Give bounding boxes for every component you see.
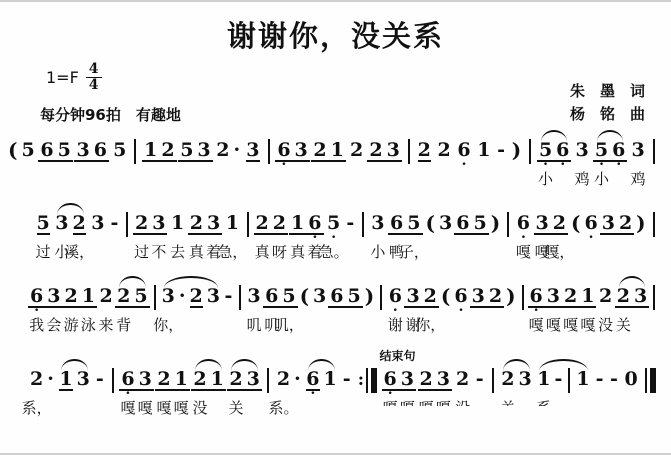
note: 2真 — [256, 212, 269, 235]
note-digit: 3 — [207, 212, 220, 235]
lyric: 嘎 — [174, 397, 189, 418]
note-digit: 2 — [135, 212, 148, 235]
note: 1 — [477, 139, 490, 162]
composer-credit: 杨 铭 曲 — [570, 103, 645, 126]
note-digit: · — [294, 368, 301, 391]
note: 2过 — [135, 212, 148, 235]
note: 5 — [21, 139, 34, 162]
note-digit: - — [111, 212, 119, 235]
note: 6•嘎 — [530, 285, 543, 308]
note: 3 — [207, 285, 220, 308]
lyric: 去 — [170, 241, 185, 262]
note-digit: 2 — [277, 368, 290, 391]
note: 2 — [619, 212, 632, 235]
lyric: 嘎 — [516, 241, 531, 262]
slur-group: 1系-1 — [535, 368, 591, 391]
lyric: 嘎 — [400, 397, 415, 406]
lyric: 嘎 — [436, 397, 451, 406]
note-digit: ) — [636, 212, 645, 235]
note: 3嘎 — [536, 212, 549, 235]
note-digit: 1 — [59, 368, 72, 391]
note-digit: 5 — [37, 212, 50, 235]
note-digit: 3 — [295, 139, 308, 162]
note-digit: 5 — [58, 139, 71, 162]
note: 3不 — [152, 212, 165, 235]
note-digit: ) — [491, 212, 500, 235]
note-digit: 6 — [456, 212, 469, 235]
note-digit: 2 — [456, 368, 469, 391]
lyric: 嘎 — [546, 314, 561, 335]
beam-group: 3谢2你， — [404, 285, 438, 308]
slur-group: 2关3 — [615, 285, 649, 308]
note: 1 — [211, 368, 224, 391]
note: 6• — [612, 139, 625, 162]
beam-group: 32 — [600, 212, 634, 235]
note: 1泳 — [82, 285, 95, 308]
octave-dot: • — [616, 161, 621, 169]
beam-group: 6叽5叽， — [263, 285, 297, 308]
note-digit: 2 — [216, 139, 229, 162]
note: 1 — [576, 368, 589, 391]
note: 2溪， — [73, 212, 86, 235]
note-digit: 3 — [152, 212, 165, 235]
note-digit: 2 — [30, 368, 43, 391]
note-digit: 2 — [350, 139, 363, 162]
note-digit: 5 — [407, 212, 420, 235]
note-digit: 3 — [207, 285, 220, 308]
lyric: 来 — [99, 314, 114, 335]
note-digit: 1 — [331, 139, 344, 162]
note: 3谢 — [406, 285, 419, 308]
note: · — [179, 285, 186, 308]
note: 3小 — [55, 212, 68, 235]
note: 3 — [439, 212, 452, 235]
beam-group: 2游1泳 — [62, 285, 96, 308]
note: 3小 — [371, 212, 384, 235]
note: 6•着 — [308, 212, 321, 235]
lyric: 嘎， — [544, 241, 574, 262]
note-digit: ) — [365, 285, 374, 308]
barline — [408, 139, 410, 164]
beam-group: 65 — [38, 139, 72, 162]
note-digit: 1 — [576, 368, 589, 391]
note-digit: 2 — [273, 212, 286, 235]
note: 2 — [190, 285, 203, 308]
song-title: 谢谢你，没关系 — [0, 14, 671, 55]
beam-group: 2真2呀 — [254, 212, 288, 235]
beam-group: 2嘎3嘎 — [418, 368, 452, 391]
note: 2嘎 — [564, 285, 577, 308]
lyric: 嘎 — [383, 397, 398, 406]
note-digit: 6 — [40, 139, 53, 162]
beam-group: 12 — [142, 139, 176, 162]
note-digit: 3 — [518, 368, 531, 391]
lyric: 真 — [290, 241, 305, 262]
lyric: 小 — [538, 168, 553, 189]
beam-group: 6•我3会 — [28, 285, 62, 308]
barline — [126, 212, 128, 237]
lyric: 嘎 — [120, 397, 135, 418]
note-digit: 3 — [632, 139, 645, 162]
lyric: 嘎 — [563, 314, 578, 335]
barline — [239, 285, 241, 310]
note: 6•谢 — [389, 285, 402, 308]
note-digit: · — [234, 139, 241, 162]
lyric: 真 — [189, 241, 204, 262]
octave-dot: • — [560, 161, 565, 169]
note: 1 — [59, 368, 72, 391]
note: 3 — [634, 285, 647, 308]
barline — [653, 139, 655, 164]
note: 5子， — [407, 212, 420, 235]
note-digit: 6 — [454, 285, 467, 308]
note-digit: ( — [300, 285, 309, 308]
note-digit: 3 — [602, 212, 615, 235]
note-digit: 2 — [117, 285, 130, 308]
note-digit: 5 — [348, 285, 361, 308]
note-digit: - — [476, 368, 484, 391]
note-digit: 6 — [121, 368, 134, 391]
note: ( — [571, 212, 580, 235]
note: ( — [426, 212, 435, 235]
note-digit: 3 — [247, 285, 260, 308]
note: 2 — [438, 139, 451, 162]
lyric: 子， — [399, 241, 429, 262]
note-digit: 1 — [171, 212, 184, 235]
note: - — [476, 368, 484, 391]
lyric: 嘎 — [529, 314, 544, 335]
lyric: 不 — [151, 241, 166, 262]
note: 2 — [369, 139, 382, 162]
beam-group: 2真3着 — [188, 212, 222, 235]
beam-group: 3嘎2嘎， — [534, 212, 568, 235]
note: 6•嘎 — [384, 368, 397, 391]
note: 1去 — [171, 212, 184, 235]
note-digit: 1 — [324, 368, 337, 391]
note: 1嘎 — [581, 285, 594, 308]
barline-thin — [366, 368, 368, 393]
note-digit: 3 — [536, 212, 549, 235]
barline — [267, 368, 269, 393]
lyric: 过 — [36, 241, 51, 262]
note-digit: 3 — [401, 368, 414, 391]
note-digit: 2 — [599, 285, 612, 308]
note: 6• — [306, 368, 319, 391]
beam-group: 6鸭5子， — [388, 212, 422, 235]
note-digit: 1 — [581, 285, 594, 308]
note: 2没 — [456, 368, 469, 391]
lyric: 系。 — [268, 397, 298, 418]
octave-dot: • — [310, 390, 315, 398]
lyric: 叽 — [246, 314, 261, 335]
beam-group: (6•32) — [439, 285, 518, 308]
lyric: 嘎 — [419, 397, 434, 406]
note-digit: 6 — [306, 368, 319, 391]
lyric: 系， — [22, 397, 52, 418]
note-digit: 1 — [291, 212, 304, 235]
note-digit: 6 — [457, 139, 470, 162]
note-digit: 6 — [390, 212, 403, 235]
note: 5•小 — [595, 139, 608, 162]
note: ( — [441, 285, 450, 308]
note: 3叽 — [247, 285, 260, 308]
lyric: 关 — [228, 397, 243, 418]
time-signature-numerator: 4 — [86, 62, 102, 78]
note: 5 — [113, 139, 126, 162]
beam-group: (6•32) — [569, 212, 648, 235]
note-digit: - — [343, 368, 351, 391]
note: 3嘎 — [139, 368, 152, 391]
note: 3会 — [47, 285, 60, 308]
score-line: 5过3小2溪，3-2过3不1去2真3着1急，2真2呀1真6•着5•急。-3小6鸭… — [0, 212, 671, 237]
note: 3 — [91, 212, 104, 235]
note-digit: 2 — [369, 139, 382, 162]
note: 0 — [624, 368, 637, 391]
note-digit: - — [497, 139, 505, 162]
note-digit: - — [596, 368, 604, 391]
lyric: 嘎 — [580, 314, 595, 335]
note: 1 — [331, 139, 344, 162]
note: 6•我 — [30, 285, 43, 308]
lyric: 没 — [598, 314, 613, 335]
lyric: 溪， — [64, 241, 94, 262]
note: 6• — [584, 212, 597, 235]
note: · — [234, 139, 241, 162]
lyricist-credit: 朱 墨 词 — [570, 80, 645, 103]
note-digit: · — [179, 285, 186, 308]
beam-group: 6•嘎3嘎结束句 — [382, 368, 416, 391]
note: 2来 — [99, 285, 112, 308]
lyric: 我 — [29, 314, 44, 335]
note: 6•嘎 — [517, 212, 530, 235]
lyric: 谢 — [388, 314, 403, 335]
time-signature-denominator: 4 — [86, 78, 102, 93]
credits: 朱 墨 词 杨 铭 曲 — [570, 80, 645, 125]
note: 3 — [295, 139, 308, 162]
note: ) — [506, 285, 515, 308]
note: 3 — [518, 368, 531, 391]
beam-group: 2嘎1嘎 — [155, 368, 189, 391]
note: ( — [8, 139, 17, 162]
note-digit: 1 — [144, 139, 157, 162]
note-digit: 1 — [537, 368, 550, 391]
slur-group: 3小2溪， — [53, 212, 87, 235]
note: 2 — [350, 139, 363, 162]
note-digit: ( — [441, 285, 450, 308]
note-digit: 2 — [256, 212, 269, 235]
barline — [247, 212, 249, 237]
note-digit: 6 — [277, 139, 290, 162]
lyric: 嘎 — [138, 397, 153, 418]
lyric: 呀 — [272, 241, 287, 262]
note: 2没 — [193, 368, 206, 391]
lyric: 鸡 — [631, 168, 646, 189]
note: 3鸡 — [632, 139, 645, 162]
slur-group: 2背5 — [115, 285, 149, 308]
note: 2系， — [30, 368, 43, 391]
lyric: 小 — [370, 241, 385, 262]
note: - — [554, 368, 562, 391]
score-line: 6•我3会2游1泳2来2背53你，·23-3叽6叽5叽，(365)6•谢3谢2你… — [0, 285, 671, 310]
note: ) — [512, 139, 521, 162]
note: 1 — [324, 368, 337, 391]
note: 2 — [313, 139, 326, 162]
note: 5 — [180, 139, 193, 162]
note-digit: 5 — [473, 212, 486, 235]
note: 6• — [277, 139, 290, 162]
barline-thick — [650, 368, 656, 393]
barline — [134, 139, 136, 164]
barline — [112, 368, 114, 393]
note-digit: 3 — [76, 139, 89, 162]
note: 3 — [76, 139, 89, 162]
note: 3 — [197, 139, 210, 162]
top-edge-line — [0, 0, 671, 2]
beam-group: 2过3不 — [133, 212, 167, 235]
note-digit: 5 — [539, 139, 552, 162]
lyric: 泳 — [81, 314, 96, 335]
note-digit: ( — [571, 212, 580, 235]
note-digit: 3 — [91, 212, 104, 235]
note-digit: 3 — [634, 285, 647, 308]
note: - — [497, 139, 505, 162]
beam-group: 2· — [214, 139, 242, 162]
note-digit: 6 — [30, 285, 43, 308]
note: 5•急。 — [327, 212, 340, 235]
barline-thick — [371, 368, 377, 393]
lyric: 你， — [153, 314, 183, 335]
note: 3着 — [207, 212, 220, 235]
note-digit: 5 — [113, 139, 126, 162]
note-digit: 2 — [424, 285, 437, 308]
note: 3嘎 — [437, 368, 450, 391]
repeat-end-barline: : — [358, 368, 377, 393]
barline — [492, 368, 494, 393]
beam-group: (365) — [298, 285, 377, 308]
note-digit: 6 — [517, 212, 530, 235]
note-digit: 3 — [313, 285, 326, 308]
note: 5 — [58, 139, 71, 162]
beam-group: 65 — [454, 212, 488, 235]
barline — [362, 212, 364, 237]
note: 2没 — [599, 285, 612, 308]
note-digit: 6 — [389, 285, 402, 308]
note: 2关 — [617, 285, 630, 308]
note-digit: 2 — [190, 212, 203, 235]
note-digit: 3 — [55, 212, 68, 235]
note-digit: 5 — [595, 139, 608, 162]
note: 6 — [94, 139, 107, 162]
note: 3嘎 — [401, 368, 414, 391]
lyric: 过 — [134, 241, 149, 262]
note: 1 — [144, 139, 157, 162]
beam-group: 36 — [74, 139, 108, 162]
note-digit: - — [224, 285, 232, 308]
note-digit: 3 — [197, 139, 210, 162]
note-digit: 6 — [265, 285, 278, 308]
note-digit: 2 — [619, 212, 632, 235]
lyric: 游 — [64, 314, 79, 335]
note: · — [47, 368, 54, 391]
note: ( — [300, 285, 309, 308]
lyric: 鸡 — [575, 168, 590, 189]
barline — [653, 212, 655, 237]
note-digit: - — [96, 368, 104, 391]
note-digit: 3 — [547, 285, 560, 308]
note: 6•嘎 — [121, 368, 134, 391]
note: ) — [365, 285, 374, 308]
note-digit: 1 — [82, 285, 95, 308]
note: 5叽， — [282, 285, 295, 308]
beam-group: 32 — [470, 285, 504, 308]
barline — [154, 285, 156, 310]
barline — [653, 285, 655, 310]
beam-group: (5 — [6, 139, 37, 162]
note-digit: 6 — [330, 285, 343, 308]
note-digit: - — [346, 212, 354, 235]
note: 2 — [418, 139, 431, 162]
note-digit: 1 — [477, 139, 490, 162]
note: 5 — [473, 212, 486, 235]
beam-group: (365) — [424, 212, 503, 235]
barline — [268, 139, 270, 164]
note: ) — [491, 212, 500, 235]
note: ) — [636, 212, 645, 235]
note: 6• — [457, 139, 470, 162]
note-digit: 2 — [418, 139, 431, 162]
note-digit: 3 — [371, 212, 384, 235]
note-digit: ) — [512, 139, 521, 162]
note: 5过 — [37, 212, 50, 235]
score-line: 2系，·13-6•嘎3嘎2嘎1嘎2没12关32系。·6•1-:6•嘎3嘎结束句2… — [0, 368, 671, 393]
note: 3 — [602, 212, 615, 235]
note-digit: 3 — [139, 368, 152, 391]
barline — [529, 139, 531, 164]
beam-group: 2嘎1嘎 — [562, 285, 596, 308]
note: 3 — [247, 368, 260, 391]
note: 2系。 — [277, 368, 290, 391]
note: 3 — [313, 285, 326, 308]
time-signature: 4 4 — [86, 62, 102, 94]
note: - — [610, 368, 618, 391]
note-digit: 6 — [530, 285, 543, 308]
note: 3 — [387, 139, 400, 162]
sheet-music-page: 谢谢你，没关系 1=F 4 4 每分钟96拍 有趣地 朱 墨 词 杨 铭 曲 (… — [0, 0, 671, 455]
note-digit: 3 — [439, 212, 452, 235]
note: 2游 — [64, 285, 77, 308]
note-digit: 3 — [472, 285, 485, 308]
beam-group: 53 — [178, 139, 212, 162]
lyric: 急。 — [319, 241, 349, 262]
note: - — [346, 212, 354, 235]
lyric: 关 — [616, 314, 631, 335]
beam-group: 6•嘎3嘎 — [119, 368, 153, 391]
note-digit: 2 — [617, 285, 630, 308]
note: · — [294, 368, 301, 391]
note-digit: - — [554, 368, 562, 391]
note: 3 — [472, 285, 485, 308]
lyric: 你， — [415, 314, 445, 335]
key-label: 1=F — [46, 68, 79, 87]
note-digit: 2 — [489, 285, 502, 308]
note-digit: 6 — [584, 212, 597, 235]
note-digit: ( — [426, 212, 435, 235]
note: 2背 — [117, 285, 130, 308]
lyric: 小 — [594, 168, 609, 189]
note-digit: 3 — [246, 139, 259, 162]
note: 5 — [134, 285, 147, 308]
note: 2真 — [190, 212, 203, 235]
